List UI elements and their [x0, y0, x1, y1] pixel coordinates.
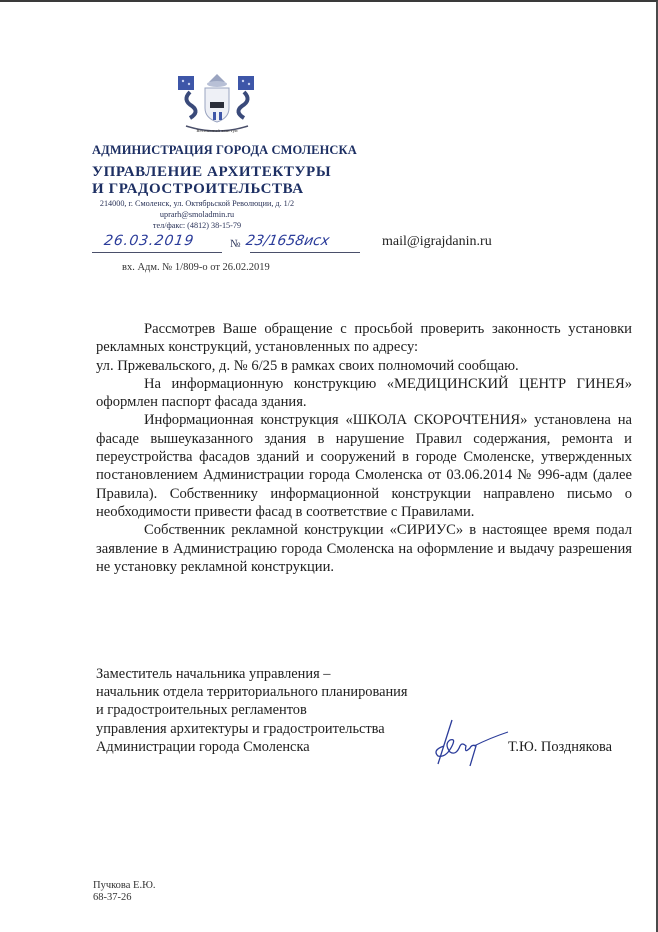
signatory-title-line: управления архитектуры и градостроительс…: [96, 720, 408, 738]
paragraph-1: Рассмотрев Ваше обращение с просьбой про…: [96, 320, 632, 357]
number-underline: [250, 252, 360, 253]
paragraph-4: Собственник рекламной конструкции «СИРИУ…: [96, 521, 632, 576]
executor-name: Пучкова Е.Ю.: [93, 880, 156, 892]
department-email: uprarh@smoladmin.ru: [92, 209, 302, 220]
department-phone: тел/факс: (4812) 38-15-79: [92, 220, 302, 231]
handwritten-date: 26.03.2019: [103, 233, 195, 249]
handwritten-signature-icon: [430, 716, 510, 768]
signatory-title-line: начальник отдела территориального планир…: [96, 683, 408, 701]
signatory-title: Заместитель начальника управления – нача…: [96, 665, 408, 756]
svg-text:Веспалный взаступ: Веспалный взаступ: [196, 128, 238, 133]
signer-name: Т.Ю. Позднякова: [508, 739, 612, 756]
paragraph-3: Информационная конструкция «ШКОЛА СКОРОЧ…: [96, 411, 632, 521]
department-name-line1: УПРАВЛЕНИЕ АРХИТЕКТУРЫ: [92, 164, 298, 181]
date-underline: [92, 252, 222, 253]
coat-of-arms-icon: Веспалный взаступ: [172, 72, 262, 138]
letterhead-contacts: 214000, г. Смоленск, ул. Октябрьской Рев…: [92, 198, 302, 231]
executor-info: Пучкова Е.Ю. 68-37-26: [93, 880, 156, 904]
letter-body: Рассмотрев Ваше обращение с просьбой про…: [96, 320, 632, 576]
executor-phone: 68-37-26: [93, 892, 156, 904]
signatory-title-line: и градостроительных регламентов: [96, 701, 408, 719]
signatory-title-line: Заместитель начальника управления –: [96, 665, 408, 683]
handwritten-number: 23/1658исх: [245, 233, 331, 249]
number-sign: №: [230, 238, 241, 250]
incoming-reference: вх. Адм. № 1/809-о от 26.02.2019: [122, 262, 270, 273]
department-name: УПРАВЛЕНИЕ АРХИТЕКТУРЫ И ГРАДОСТРОИТЕЛЬС…: [92, 164, 298, 198]
paragraph-2: На информационную конструкцию «МЕДИЦИНСК…: [96, 375, 632, 412]
signatory-title-line: Администрации города Смоленска: [96, 738, 408, 756]
department-name-line2: И ГРАДОСТРОИТЕЛЬСТВА: [92, 181, 298, 198]
paragraph-1-address: ул. Пржевальского, д. № 6/25 в рамках св…: [96, 357, 632, 375]
organization-name: АДМИНИСТРАЦИЯ ГОРОДА СМОЛЕНСКА: [92, 143, 357, 158]
recipient-email: mail@igrajdanin.ru: [382, 234, 492, 250]
postal-address: 214000, г. Смоленск, ул. Октябрьской Рев…: [92, 198, 302, 209]
outgoing-reference: 26.03.2019 № 23/1658исх: [92, 233, 362, 255]
